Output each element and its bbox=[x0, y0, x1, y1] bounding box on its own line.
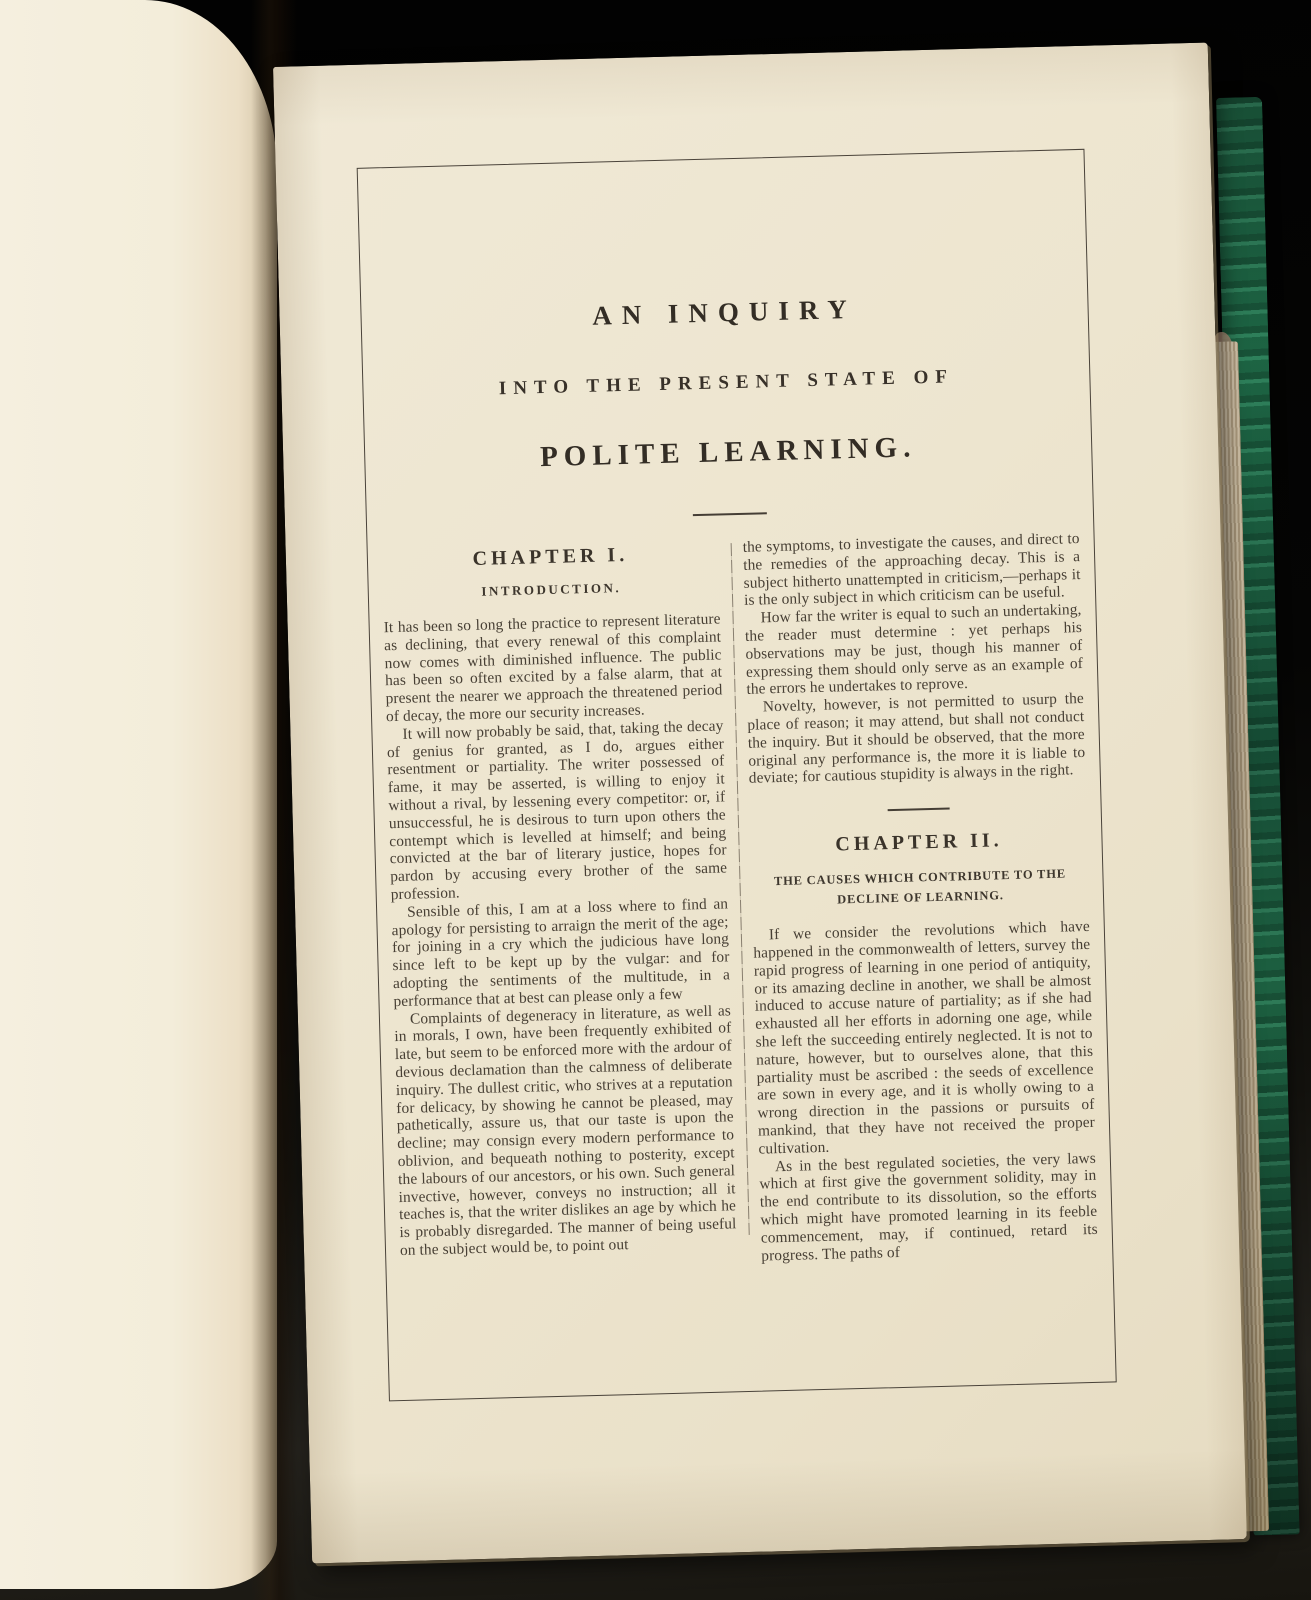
text-columns: CHAPTER I. INTRODUCTION. It has been so … bbox=[368, 530, 1113, 1275]
paragraph: It will now probably be said, that, taki… bbox=[386, 717, 728, 904]
book-page: AN INQUIRY INTO THE PRESENT STATE OF POL… bbox=[273, 43, 1247, 1564]
chapter-2-subheading: THE CAUSES WHICH CONTRIBUTE TO THE DECLI… bbox=[751, 863, 1089, 912]
book-title-line2: INTO THE PRESENT STATE OF bbox=[363, 363, 1089, 404]
paragraph: It has been so long the practice to repr… bbox=[383, 610, 723, 726]
printed-frame: AN INQUIRY INTO THE PRESENT STATE OF POL… bbox=[357, 149, 1117, 1402]
book-title-line3: POLITE LEARNING. bbox=[365, 427, 1092, 479]
right-column: the symptoms, to investigate the causes,… bbox=[743, 530, 1099, 1265]
ornamental-rule bbox=[693, 512, 767, 516]
chapter-2-heading: CHAPTER II. bbox=[750, 827, 1087, 859]
facing-blank-page bbox=[0, 0, 277, 1589]
paragraph: If we consider the revolutions which hav… bbox=[753, 918, 1096, 1158]
paragraph: Complaints of degeneracy in literature, … bbox=[394, 1002, 737, 1260]
left-column: CHAPTER I. INTRODUCTION. It has been so … bbox=[382, 539, 738, 1274]
book-photograph: AN INQUIRY INTO THE PRESENT STATE OF POL… bbox=[0, 0, 1311, 1600]
paragraph: How far the writer is equal to such an u… bbox=[744, 601, 1083, 699]
paragraph: Novelty, however, is not permitted to us… bbox=[747, 690, 1086, 788]
chapter-1-subheading: INTRODUCTION. bbox=[383, 577, 720, 602]
paragraph: As in the best regulated societies, the … bbox=[759, 1149, 1099, 1265]
paragraph-continuation: the symptoms, to investigate the causes,… bbox=[743, 530, 1082, 610]
ornamental-rule bbox=[887, 808, 949, 812]
paragraph: Sensible of this, I am at a loss where t… bbox=[391, 895, 731, 1011]
book-title-line1: AN INQUIRY bbox=[361, 288, 1088, 338]
chapter-1-heading: CHAPTER I. bbox=[382, 541, 719, 573]
